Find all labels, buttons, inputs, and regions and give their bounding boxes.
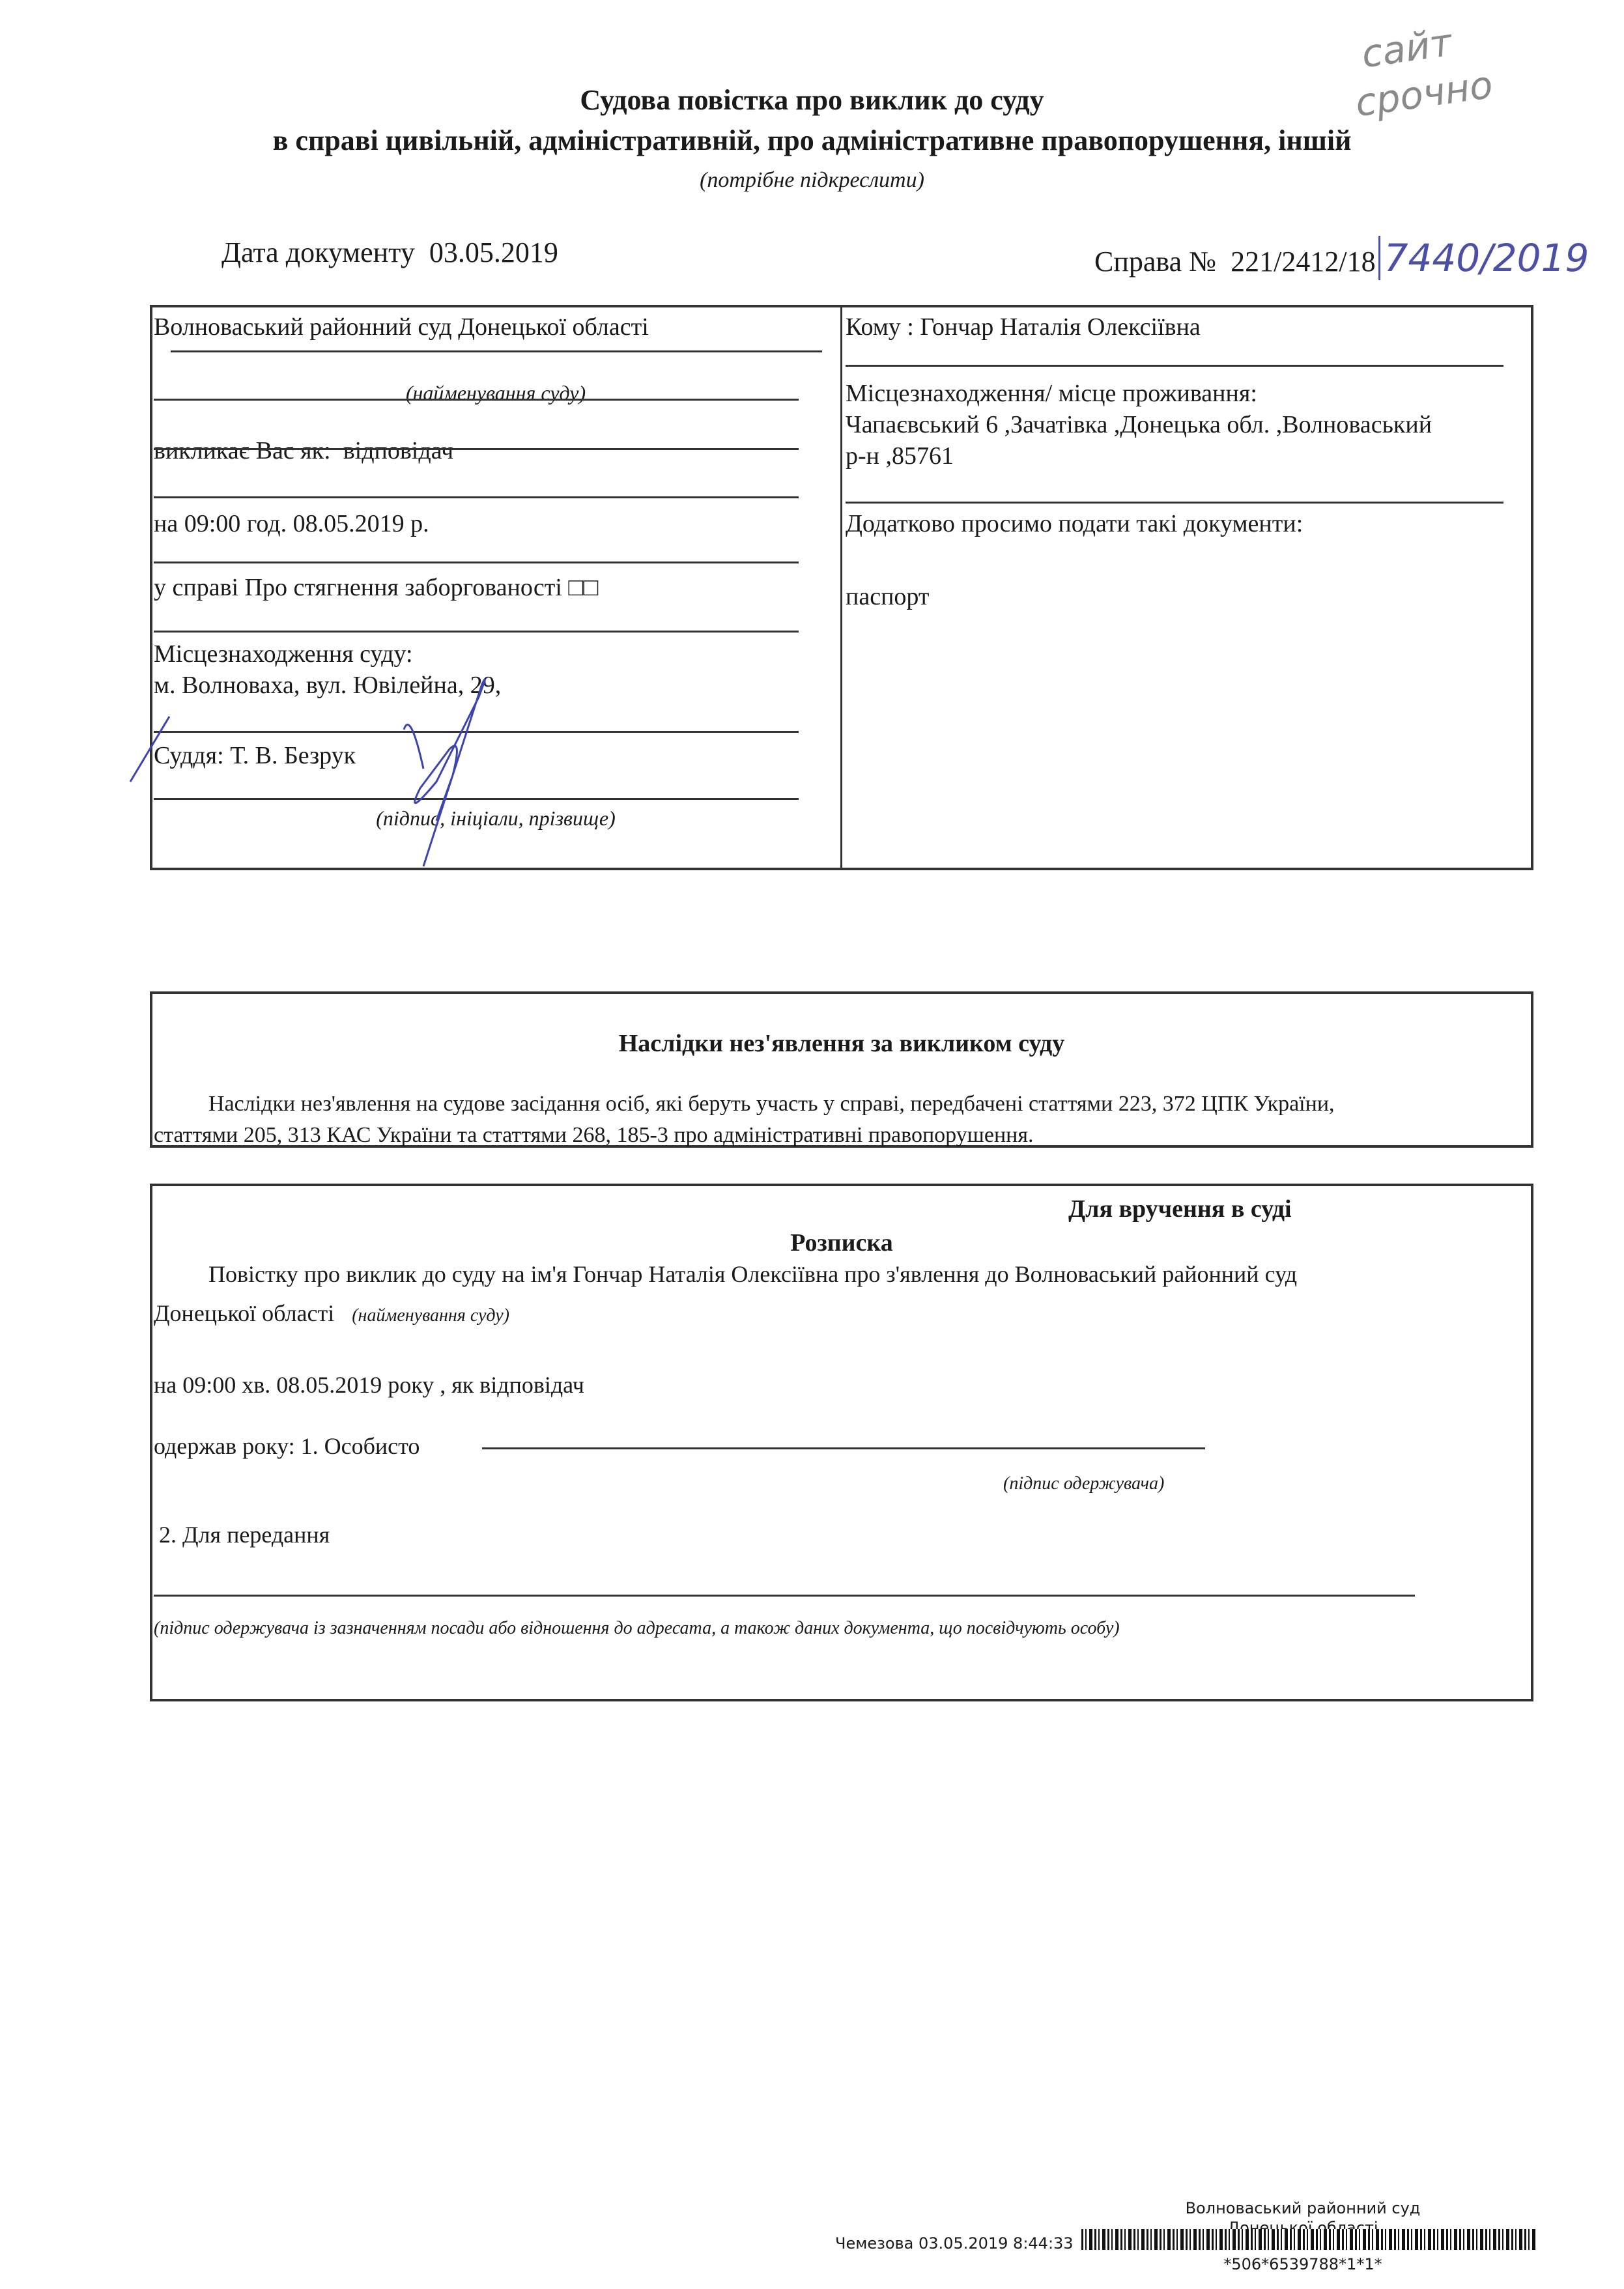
document-date: Дата документу 03.05.2019 [221, 236, 558, 269]
handwritten-note-line1: сайт [1359, 20, 1455, 77]
hearing-time: на 09:00 год. 08.05.2019 р. [154, 509, 429, 539]
divider [154, 448, 799, 450]
receipt-court-caption: (найменування суду) [352, 1305, 509, 1326]
calls-as-value: відповідач [343, 437, 453, 464]
case-number: Справа № 221/2412/187440/2019 [1094, 236, 1589, 280]
doc-date-label: Дата документу [221, 236, 415, 268]
document-title: Судова повістка про виклик до суду [0, 83, 1624, 117]
recipient-name: Кому : Гончар Наталія Олексіївна [846, 313, 1201, 343]
calls-as: викликає Вас як: відповідач [154, 436, 453, 466]
transfer-label: 2. Для передання [159, 1518, 330, 1552]
receipt-heading: Розписка [150, 1229, 1533, 1257]
court-name-caption: (найменування суду) [154, 381, 838, 405]
documents-value: паспорт [846, 582, 930, 612]
recipient-signature-line [482, 1447, 1205, 1449]
divider [154, 731, 799, 733]
consequences-text-line2: статтями 205, 313 КАС України та статтям… [154, 1119, 1034, 1151]
signature-caption: (підпис, ініціали, прізвище) [154, 806, 838, 831]
receipt-line3: на 09:00 хв. 08.05.2019 року , як відпов… [154, 1368, 584, 1402]
document-title-note: (потрібне підкреслити) [0, 168, 1624, 193]
recipient-signature-caption: (підпис одержувача) [1003, 1473, 1164, 1494]
recipient-address-label: Місцезнаходження/ місце проживання: [846, 379, 1257, 409]
consequences-text-line1: Наслідки нез'явлення на судове засідання… [208, 1088, 1335, 1120]
consequences-heading: Наслідки нез'явлення за викликом суду [150, 1029, 1533, 1058]
barcode-text: *506*6539788*1*1* [1160, 2255, 1446, 2273]
receipt-court-name-end: Донецької області [154, 1300, 334, 1326]
recipient-address-line2: р-н ,85761 [846, 442, 954, 472]
document-subtitle: в справі цивільній, адміністративній, пр… [0, 124, 1624, 157]
footer-user-timestamp: Чемезова 03.05.2019 8:44:33 [835, 2234, 1074, 2253]
divider [154, 798, 799, 800]
divider [171, 350, 822, 352]
case-handwritten-number: 7440/2019 [1378, 236, 1589, 280]
divider [154, 496, 799, 498]
divider [154, 631, 799, 633]
case-label: Справа № [1094, 246, 1216, 277]
divider [154, 399, 799, 401]
court-location-value: м. Волноваха, вул. Ювілейна, 29, [154, 671, 501, 701]
footer-court-line1: Волноваський районний суд [1160, 2198, 1446, 2219]
received-personally-label: одержав року: 1. Особисто [154, 1429, 420, 1463]
calls-as-label: викликає Вас як: [154, 437, 331, 464]
court-name: Волноваський районний суд Донецької обла… [154, 313, 649, 343]
case-subject: у справі Про стягнення заборгованості □□ [154, 573, 598, 603]
judge-name: Суддя: Т. В. Безрук [154, 741, 356, 771]
for-court-label: Для вручення в суді [1068, 1195, 1292, 1223]
receipt-line1: Повістку про виклик до суду на ім'я Гонч… [208, 1257, 1297, 1291]
transfer-signature-line [154, 1595, 1415, 1597]
barcode-icon [1081, 2229, 1537, 2250]
divider [154, 562, 799, 563]
receipt-line2: Донецької області (найменування суду) [154, 1296, 509, 1330]
divider [846, 365, 1503, 367]
documents-label: Додатково просимо подати такі документи: [846, 509, 1303, 539]
transfer-signature-caption: (підпис одержувача із зазначенням посади… [154, 1618, 1120, 1639]
doc-date-value: 03.05.2019 [429, 236, 558, 268]
case-number-value: 221/2412/18 [1231, 246, 1375, 277]
column-divider [840, 305, 842, 870]
court-location-label: Місцезнаходження суду: [154, 640, 413, 670]
divider [846, 502, 1503, 504]
recipient-address-line1: Чапаєвський 6 ,Зачатівка ,Донецька обл. … [846, 410, 1432, 440]
